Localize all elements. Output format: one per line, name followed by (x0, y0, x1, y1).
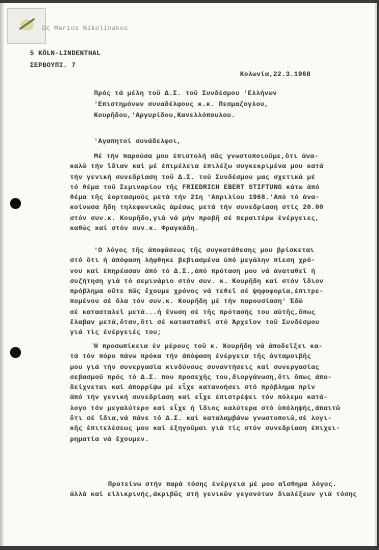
text-line: νου καί ἐπηρέασαν ἀπό τό Δ.Σ.,ἀπό πρότασ… (70, 267, 324, 277)
text-line: τό θέμα τοῦ Σεμιναρίου τῆς FRIEDRICH EBE… (70, 183, 324, 193)
text-line: μου γιά τήν συνεργασία κινδύνους συναντή… (70, 363, 340, 373)
scanned-letter-page: Ως Marios Nikolinakos 5 KÖLN-LINDENTHAL … (0, 3, 377, 546)
text-line: Μέ τήν παρούσα μου ἐπιστολή σᾶς γνωστοπο… (70, 152, 324, 162)
text-line: στόν συν.κ. Κουρῆδο,γιά νά μήν προβῆ σέ … (70, 214, 324, 224)
paragraph-2: 'Ο λόγος τῆς ἀποφάσεως τῆς συγκατάθεσης … (70, 246, 324, 339)
punch-hole-top-icon (10, 198, 21, 209)
addressee-line-2: 'Επιστημόνων συναδέλφους κ.κ. Πεσμαζογλο… (94, 100, 269, 110)
text-line: τά τόν πόρο πάνω πρόκα τήν ἀπόφαση ἐνέργ… (70, 352, 340, 362)
text-line: γιά τίς ἐνέργειές του; (70, 328, 324, 338)
text-line: πομένου σέ ὅλα τόν συν.κ. Κουρῆδη μέ τήν… (70, 297, 324, 307)
text-line: 'Ο λόγος τῆς ἀποφάσεως τῆς συγκατάθεσης … (70, 246, 324, 256)
archive-stamp (7, 8, 46, 44)
text-line: Ἡ προσωπίκεια ἐν μέρους τοῦ κ. Κουρῆδη ν… (70, 342, 340, 352)
text-line: ἀλλά καί εἰλικρινής,ἀκριβῶς στή γενικῶν … (70, 490, 357, 500)
text-line: ἀπό τήν γενική συνεδρίαση καί εἶχε ἐπιστ… (70, 393, 340, 403)
text-line: ἔλαβαν μετά,ὅταν,ὅτι σέ κατασταθεῖ στό Ἀ… (70, 318, 324, 328)
paragraph-1: Μέ τήν παρούσα μου ἐπιστολή σᾶς γνωστοπο… (70, 152, 324, 234)
text-line: κῆς ἐπιτελέσεως μου καί ἐξηγοῦμαι γιά τί… (70, 424, 340, 434)
addressee-line-3: Κουρῆδου,'Αργυρίδου,Κανελλόπουλου. (94, 111, 235, 121)
stamp-caption: Ως Marios Nikolinakos (42, 24, 128, 34)
text-line: πρόβλημα οὔτε πῶς ἔχουμε χρόνος νά τεθεῖ… (70, 287, 324, 297)
salutation: 'Αγαπητοί συνάδελφοι, (94, 137, 181, 147)
sender-address-line-1: 5 KÖLN-LINDENTHAL (30, 49, 101, 59)
text-line: σεβασμοῦ πρός τό Δ.Σ. που προσεχῆς του,δ… (70, 373, 340, 383)
text-line: ρηματία νά ἔχουμεν. (70, 435, 340, 445)
text-line: σέ κατασταλεῖ μετά...ἡ ἔνωση σέ τῆς πρότ… (70, 308, 324, 318)
text-line: δείχνεται καί ἀπορρίψω μέ εἶχε κατανοήσε… (70, 383, 340, 393)
text-line: θέμα τῆς ἑορτασμούς μετά τήν 21η 'Απριλί… (70, 193, 324, 203)
letter-date: Κολωνία,22.3.1968 (240, 70, 311, 80)
addressee-line-1: Πρός τά μέλη τοῦ Δ.Σ. τοῦ Συνδέσμου 'Ελλ… (94, 89, 277, 99)
text-line: λογο τόν μεγαλύτερο καί εἶχε ἡ ἴδιος καλ… (70, 404, 340, 414)
paragraph-3: Ἡ προσωπίκεια ἐν μέρους τοῦ κ. Κουρῆδη ν… (70, 342, 340, 445)
text-line: καθώς καί στόν συν.κ. Φραγκάδη. (70, 224, 324, 234)
punch-hole-bottom-icon (10, 347, 21, 358)
text-line: ὅτι σέ ἴδια,νά πάνε τό Δ.Σ. καί καταλαμβ… (70, 414, 340, 424)
text-line: τήν γενική συνεδρίαση τοῦ Δ.Σ. τοῦ Συνδέ… (70, 173, 324, 183)
text-line: κοίνωσα ἤδη τηλεφωνικῶς ἀμέσως μετά τήν … (70, 203, 324, 213)
text-line: στό ὅτι ἡ ἀπόφαση λήφθηκε βεβιασμένα ὑπό… (70, 256, 324, 266)
sender-address-line-2: ΣΕΡΒΟΥΠΙ. 7 (30, 61, 76, 71)
page-edge-shadow (0, 3, 4, 546)
paragraph-4: Προτείνω στήν παρά τόσης ἐνέργεια μέ μου… (70, 480, 357, 501)
text-line: συζήτηση γιά τό σεμινάριο στόν συν. κ. Κ… (70, 277, 324, 287)
text-line: καλῶ τήν ἴδιαν καί μέ ἐπιμέλεια ἐπιλέξω … (70, 162, 324, 172)
text-line: Προτείνω στήν παρά τόσης ἐνέργεια μέ μου… (70, 480, 357, 490)
